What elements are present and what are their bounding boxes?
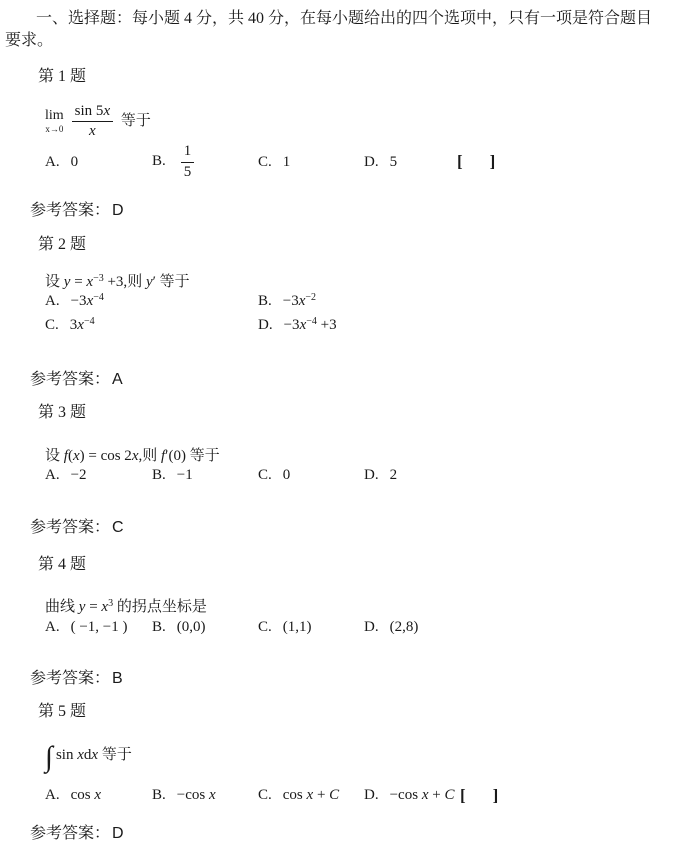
answer-prefix: 参考答案： [30, 825, 110, 842]
question-5-answer: 参考答案：D [30, 820, 124, 843]
answer-prefix: 参考答案： [30, 371, 110, 388]
option-value: (0,0) [177, 619, 206, 635]
question-1-option-d: D.5 [364, 154, 397, 171]
section-header: 一、选择题：每小题 4 分，共 40 分，在每小题给出的四个选项中，只有一项是符… [5, 8, 667, 52]
answer-letter: D [112, 825, 124, 842]
question-2-option-c: C.3x−4 [45, 317, 258, 334]
question-2-stem: 设 y = x−3 +3,则 y′ 等于 [45, 270, 190, 291]
option-value: 1 [283, 154, 291, 170]
option-value: 5 [390, 154, 398, 170]
option-value: −3x−4 +3 [284, 317, 337, 333]
option-label: D. [364, 619, 379, 635]
answer-prefix: 参考答案： [30, 670, 110, 687]
question-2-options-row-1: A.−3x−4 B.−3x−2 [45, 293, 316, 310]
option-value: ( −1, −1 ) [71, 619, 128, 635]
question-4-options: A.( −1, −1 ) B.(0,0) C.(1,1) D.(2,8) [45, 619, 418, 636]
bracket-close: ] [493, 786, 499, 805]
question-3-option-b: B.−1 [152, 467, 258, 484]
option-value: cos x + C [283, 787, 339, 803]
question-2-options-row-2: C.3x−4 D.−3x−4 +3 [45, 317, 337, 334]
answer-letter: B [112, 670, 123, 687]
question-1-stem: limx→0sin 5xx 等于 [45, 103, 151, 141]
option-value: −cos x [177, 787, 216, 803]
question-1-answer: 参考答案：D [30, 197, 124, 220]
answer-prefix: 参考答案： [30, 202, 110, 219]
question-5-option-b: B.−cos x [152, 787, 258, 804]
question-2-answer: 参考答案：A [30, 366, 123, 389]
exam-page: 一、选择题：每小题 4 分，共 40 分，在每小题给出的四个选项中，只有一项是符… [0, 0, 674, 851]
option-label: C. [45, 317, 59, 333]
option-value: −3x−2 [283, 293, 316, 309]
question-3-option-d: D.2 [364, 467, 397, 484]
option-value: −1 [177, 467, 193, 483]
question-3-heading: 第 3 题 [38, 399, 86, 422]
question-4-option-c: C.(1,1) [258, 619, 364, 636]
option-label: C. [258, 154, 272, 170]
option-label: B. [258, 293, 272, 309]
question-3-stem: 设 f(x) = cos 2x,则 f′(0) 等于 [45, 444, 220, 465]
question-5-options: A.cos x B.−cos x C.cos x + C D.−cos x + … [45, 787, 454, 804]
option-label: D. [258, 317, 273, 333]
question-3-option-c: C.0 [258, 467, 364, 484]
question-5-stem: ∫sin xdx 等于 [45, 743, 132, 772]
option-value: 2 [390, 467, 398, 483]
question-1-option-c: C.1 [258, 154, 364, 171]
option-value: −cos x + C [390, 787, 455, 803]
option-label: A. [45, 467, 60, 483]
question-1-option-a: A.0 [45, 154, 152, 171]
option-label: D. [364, 154, 379, 170]
option-label: A. [45, 293, 60, 309]
answer-letter: A [112, 371, 123, 388]
question-4-option-d: D.(2,8) [364, 619, 418, 636]
question-1-option-b: B.15 [152, 143, 258, 181]
question-5-option-d: D.−cos x + C [364, 787, 454, 804]
question-3-option-a: A.−2 [45, 467, 152, 484]
question-4-answer: 参考答案：B [30, 665, 123, 688]
section-header-line-2: 要求。 [5, 30, 667, 52]
question-4-option-b: B.(0,0) [152, 619, 258, 636]
question-3-options: A.−2 B.−1 C.0 D.2 [45, 467, 397, 484]
question-5-option-c: C.cos x + C [258, 787, 364, 804]
option-label: B. [152, 153, 166, 169]
option-label: B. [152, 467, 166, 483]
question-4-heading: 第 4 题 [38, 551, 86, 574]
option-value: −2 [71, 467, 87, 483]
answer-prefix: 参考答案： [30, 519, 110, 536]
option-value: 0 [283, 467, 291, 483]
question-5-option-a: A.cos x [45, 787, 152, 804]
option-value: 0 [71, 154, 79, 170]
question-2-heading: 第 2 题 [38, 231, 86, 254]
question-5-heading: 第 5 题 [38, 698, 86, 721]
question-2-option-a: A.−3x−4 [45, 293, 258, 310]
option-value: −3x−4 [71, 293, 104, 309]
option-label: C. [258, 467, 272, 483]
question-1-heading: 第 1 题 [38, 63, 86, 86]
option-value: (1,1) [283, 619, 312, 635]
question-2-option-b: B.−3x−2 [258, 293, 316, 310]
answer-letter: C [112, 519, 124, 536]
option-label: C. [258, 619, 272, 635]
option-label: A. [45, 154, 60, 170]
question-5-answer-bracket: [] [460, 786, 498, 806]
option-label: B. [152, 619, 166, 635]
option-value: 3x−4 [70, 317, 95, 333]
question-3-answer: 参考答案：C [30, 514, 124, 537]
section-header-line-1: 一、选择题：每小题 4 分，共 40 分，在每小题给出的四个选项中，只有一项是符… [5, 8, 667, 30]
option-label: A. [45, 619, 60, 635]
option-value: (2,8) [390, 619, 419, 635]
option-label: D. [364, 787, 379, 803]
question-2-option-d: D.−3x−4 +3 [258, 317, 337, 334]
option-value: 15 [177, 153, 199, 169]
option-value: cos x [71, 787, 101, 803]
option-label: C. [258, 787, 272, 803]
option-label: D. [364, 467, 379, 483]
bracket-close: ] [490, 152, 496, 171]
option-label: A. [45, 787, 60, 803]
question-4-stem: 曲线 y = x3 的拐点坐标是 [45, 595, 207, 616]
question-1-answer-bracket: [] [457, 152, 495, 172]
question-1-options: A.0 B.15 C.1 D.5 [45, 144, 397, 180]
answer-letter: D [112, 202, 124, 219]
option-label: B. [152, 787, 166, 803]
bracket-open: [ [460, 786, 466, 805]
bracket-open: [ [457, 152, 463, 171]
question-4-option-a: A.( −1, −1 ) [45, 619, 152, 636]
